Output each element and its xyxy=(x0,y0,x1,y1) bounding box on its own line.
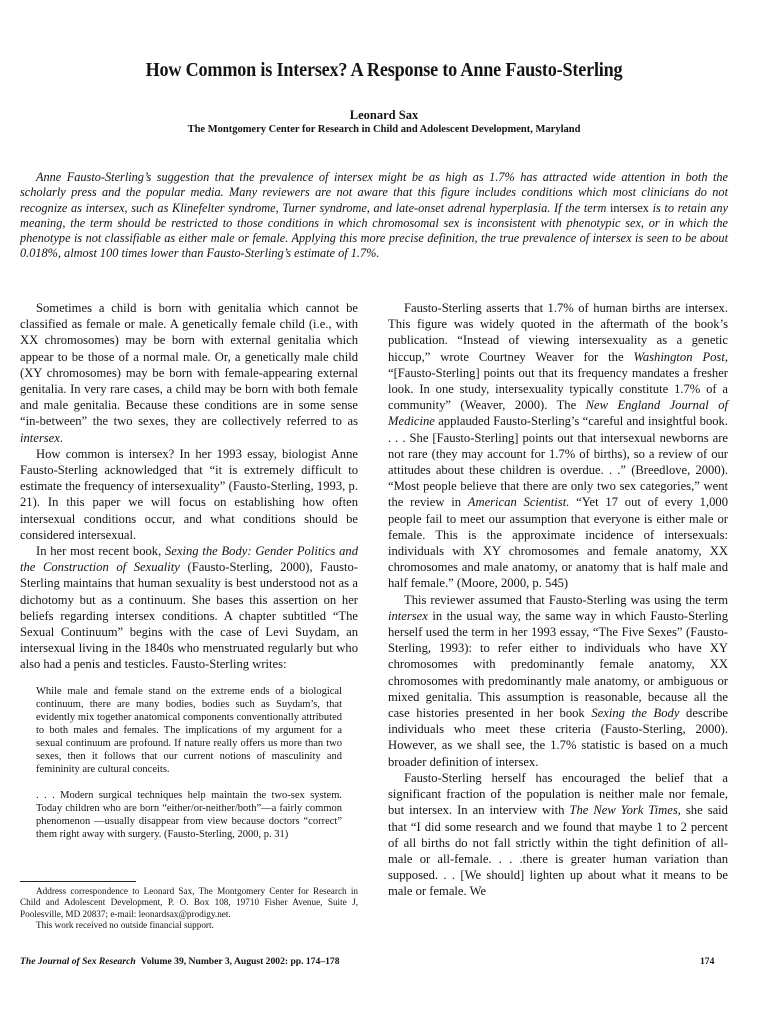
paragraph-text: This reviewer assumed that Fausto-Sterli… xyxy=(404,593,728,607)
volume-info: Volume 39, Number 3, August 2002: pp. 17… xyxy=(141,956,340,967)
paragraph-text: In her most recent book, xyxy=(36,544,165,558)
paragraph: Sometimes a child is born with genitalia… xyxy=(20,300,358,446)
book-title: Sexing the Body xyxy=(591,706,679,720)
paragraph: Fausto-Sterling herself has encouraged t… xyxy=(388,770,728,900)
page-number: 174 xyxy=(700,956,714,967)
block-quote: While male and female stand on the extre… xyxy=(36,685,342,841)
footnote-funding: This work received no outside financial … xyxy=(20,920,358,931)
paragraph: In her most recent book, Sexing the Body… xyxy=(20,543,358,673)
paragraph-text: Sometimes a child is born with genitalia… xyxy=(20,301,358,428)
quote-paragraph: . . . Modern surgical techniques help ma… xyxy=(36,789,342,841)
abstract: Anne Fausto-Sterling’s suggestion that t… xyxy=(20,170,728,262)
paragraph-text: (Fausto-Sterling, 2000), Fausto-Sterling… xyxy=(20,560,358,671)
emphasis: intersex xyxy=(20,431,60,445)
journal-name: The Journal of Sex Research xyxy=(20,956,136,967)
footnote-address: Address correspondence to Leonard Sax, T… xyxy=(20,886,358,920)
emphasis: intersex xyxy=(388,609,428,623)
article-title: How Common is Intersex? A Response to An… xyxy=(27,60,741,82)
footnote: Address correspondence to Leonard Sax, T… xyxy=(20,886,358,932)
abstract-term: intersex xyxy=(610,201,649,215)
paragraph: Fausto-Sterling asserts that 1.7% of hum… xyxy=(388,300,728,592)
publication-name: American Scientist. xyxy=(468,495,570,509)
publication-name: Washington Post xyxy=(633,350,724,364)
footnote-divider xyxy=(20,881,136,882)
left-column: Sometimes a child is born with genitalia… xyxy=(20,300,358,854)
paragraph: How common is intersex? In her 1993 essa… xyxy=(20,446,358,543)
paragraph-text: . xyxy=(60,431,63,445)
author-name: Leonard Sax xyxy=(0,108,768,123)
paragraph-text: , she said that “I did some research and… xyxy=(388,803,728,898)
publication-name: The New York Times xyxy=(569,803,677,817)
paragraph: This reviewer assumed that Fausto-Sterli… xyxy=(388,592,728,770)
author-affiliation: The Montgomery Center for Research in Ch… xyxy=(0,124,768,135)
paragraph-text: in the usual way, the same way in which … xyxy=(388,609,728,720)
paragraph-text: “Yet 17 out of every 1,000 people fail t… xyxy=(388,495,728,590)
journal-citation: The Journal of Sex ResearchVolume 39, Nu… xyxy=(20,956,340,967)
right-column: Fausto-Sterling asserts that 1.7% of hum… xyxy=(388,300,728,900)
quote-paragraph: While male and female stand on the extre… xyxy=(36,685,342,776)
